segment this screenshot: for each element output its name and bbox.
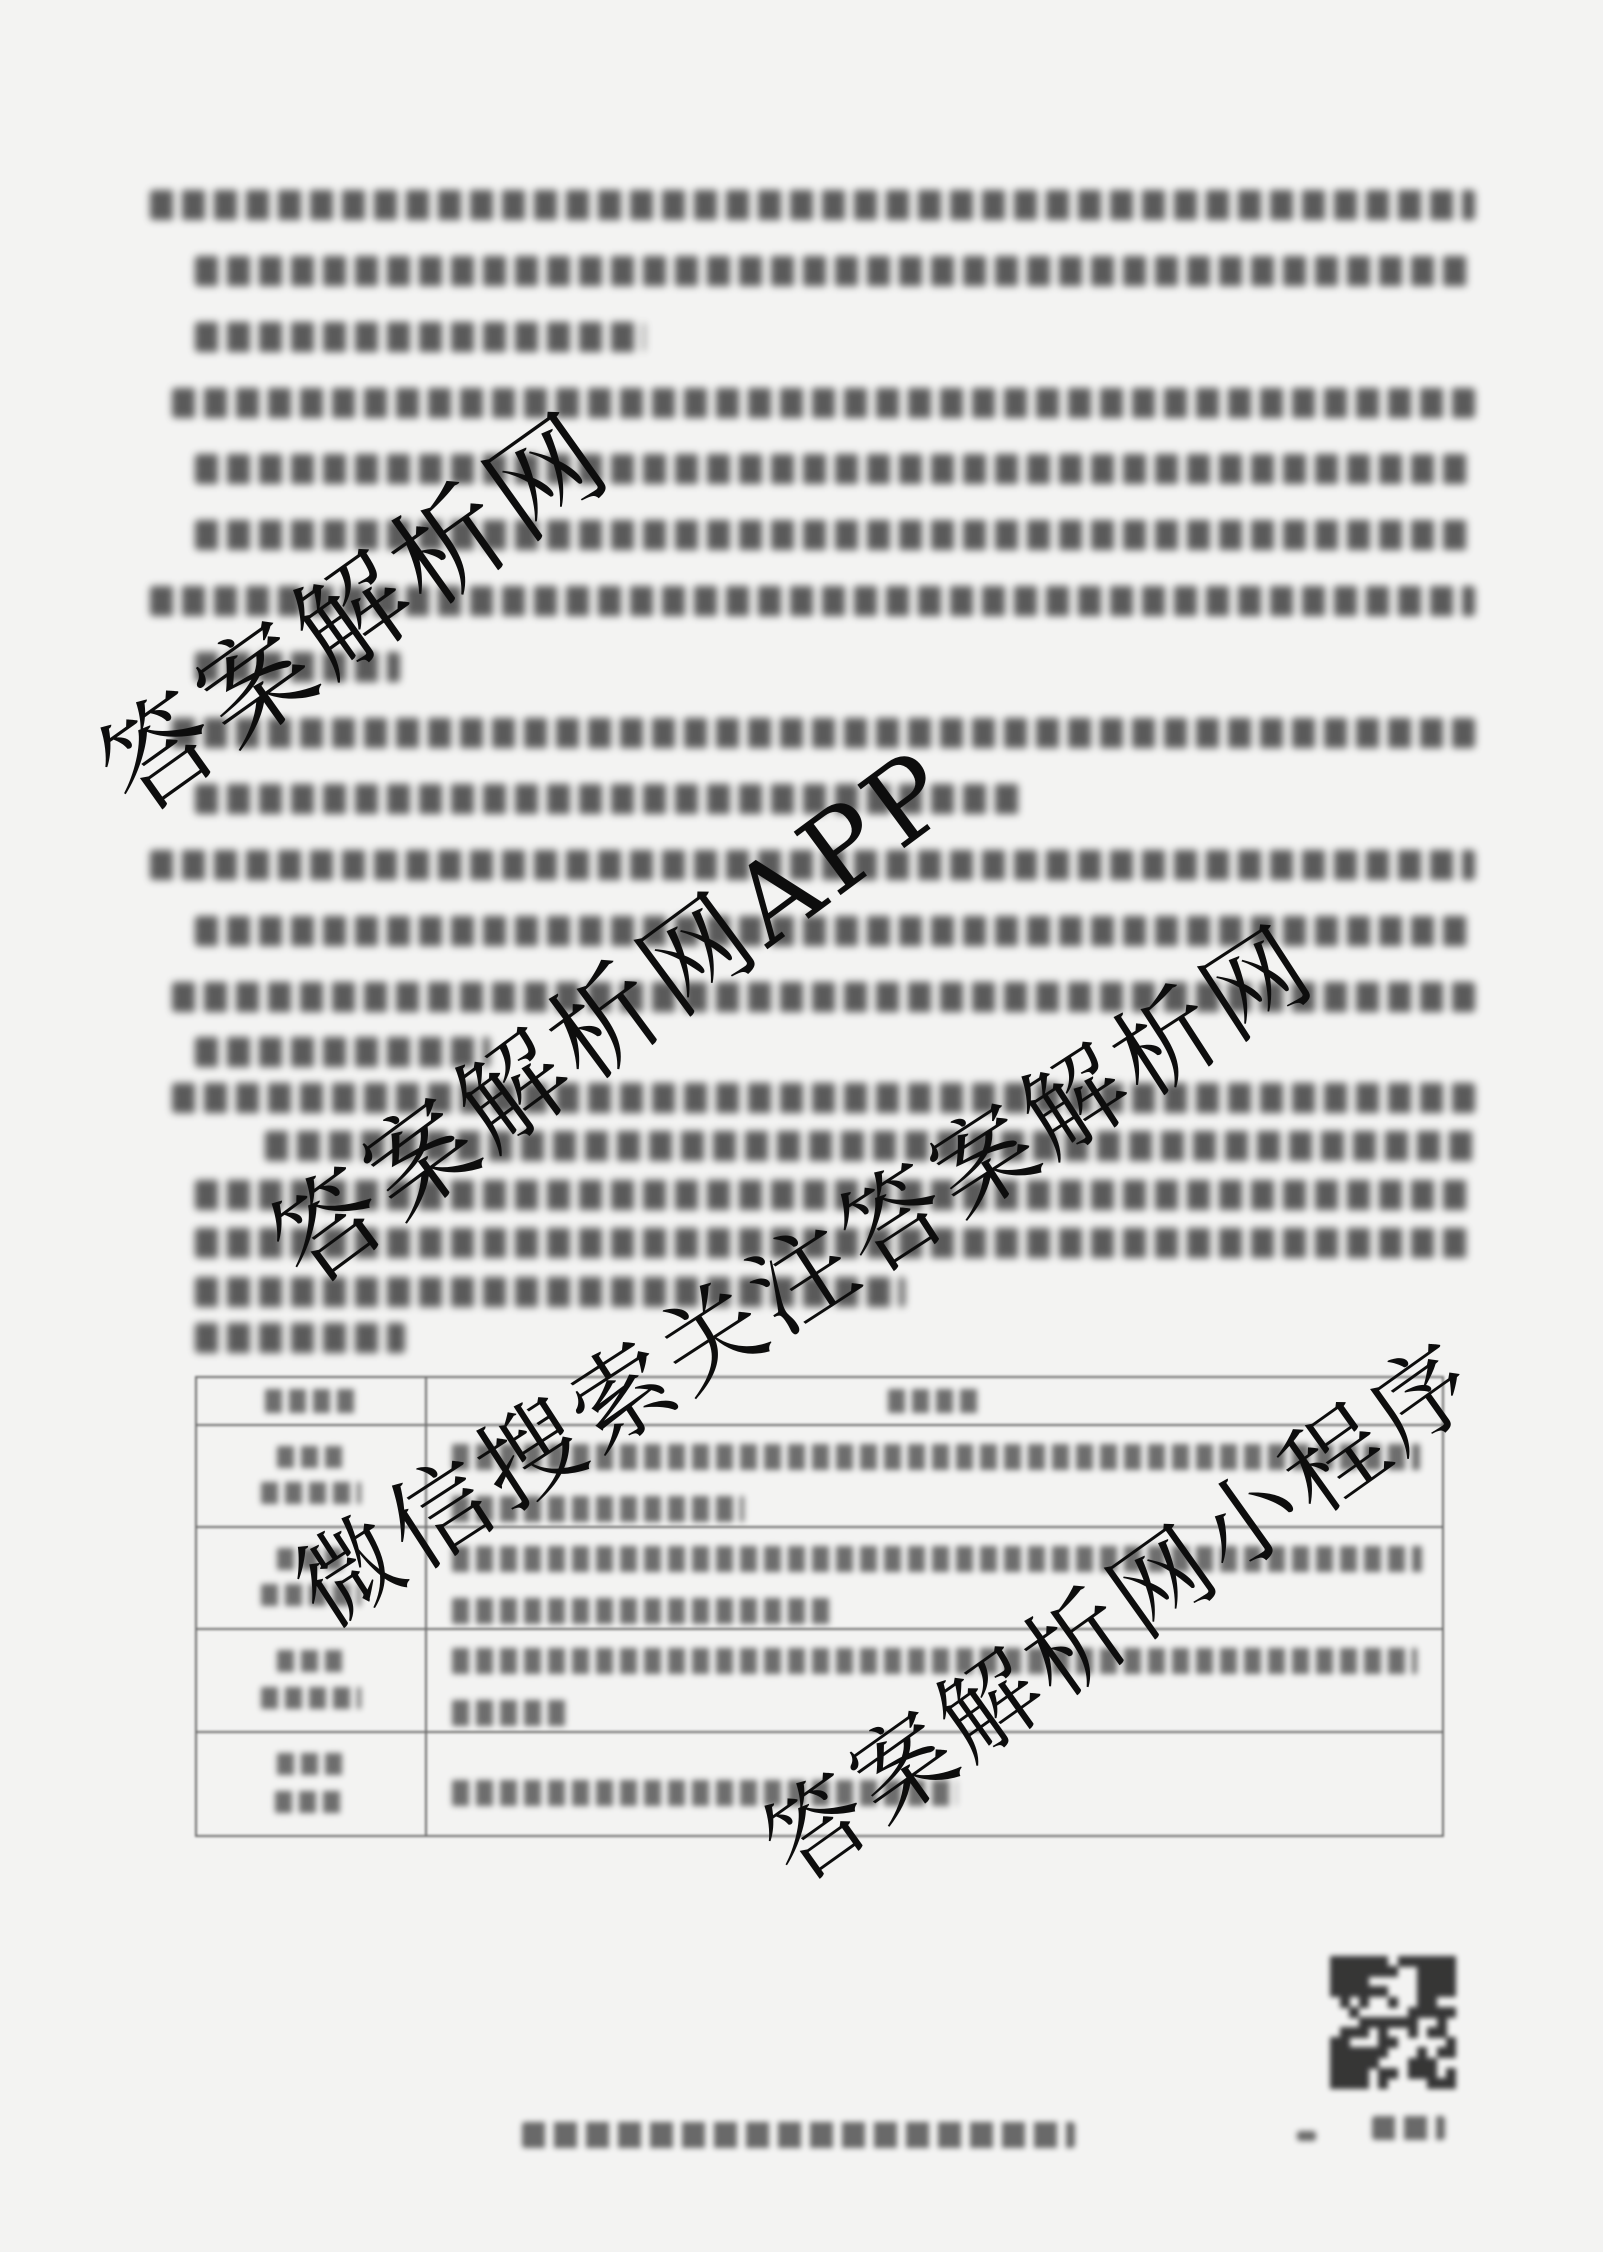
qr-module	[1359, 1997, 1369, 2008]
qr-module	[1446, 2078, 1456, 2089]
qr-module	[1349, 1986, 1359, 1997]
qr-module	[1349, 2078, 1359, 2089]
qr-module	[1378, 1986, 1388, 1997]
qr-module	[1330, 2078, 1340, 2089]
table-row-divider	[197, 1628, 1442, 1630]
qr-module	[1388, 1997, 1398, 2008]
footer-text-blurred	[1372, 2116, 1445, 2140]
qr-module	[1369, 1966, 1379, 1977]
qr-module	[1378, 2047, 1388, 2058]
qr-module	[1340, 2078, 1350, 2089]
table-cell-text-blurred	[277, 1650, 345, 1672]
table-cell-text-blurred	[275, 1791, 347, 1813]
footer-text-blurred	[522, 2122, 1075, 2148]
qr-module	[1398, 1956, 1408, 1967]
page-footer	[0, 0, 1603, 2252]
table-column-divider	[425, 1378, 427, 1835]
qr-module	[1369, 2017, 1379, 2028]
qr-module	[1388, 2017, 1398, 2028]
table-cell-text-blurred	[265, 1389, 357, 1413]
document-page: 答案解析网 答案解析网APP 微信搜索关注答案解析网 答案解析网小程序	[0, 0, 1603, 2252]
qr-module	[1408, 2027, 1418, 2038]
qr-module	[1417, 2007, 1427, 2018]
qr-module	[1359, 2078, 1369, 2089]
qr-module	[1427, 2078, 1437, 2089]
qr-module	[1446, 2047, 1456, 2058]
table-desc-text-blurred	[452, 1700, 567, 1726]
table-cell-text-blurred	[888, 1389, 980, 1413]
qr-module	[1437, 2078, 1447, 2089]
qr-module	[1446, 1986, 1456, 1997]
qr-module	[1408, 1956, 1418, 1967]
qr-module	[1437, 2047, 1447, 2058]
qr-module	[1427, 2007, 1437, 2018]
qr-module	[1378, 2078, 1388, 2089]
table-cell-text-blurred	[277, 1446, 345, 1468]
qr-module	[1437, 2027, 1447, 2038]
qr-module	[1388, 2068, 1398, 2079]
qr-module	[1359, 2027, 1369, 2038]
qr-module	[1408, 2068, 1418, 2079]
qr-module	[1437, 1986, 1447, 1997]
table-header-divider	[197, 1424, 1442, 1426]
qr-module	[1388, 2037, 1398, 2048]
table-cell-text-blurred	[261, 1687, 361, 1709]
qr-module	[1446, 2007, 1456, 2018]
table-row-divider	[197, 1731, 1442, 1733]
qr-module	[1378, 1966, 1388, 1977]
qr-module	[1330, 1986, 1340, 1997]
qr-code	[1330, 1956, 1456, 2088]
table-cell-text-blurred	[277, 1753, 345, 1775]
qr-module	[1349, 2007, 1359, 2018]
qr-module	[1417, 2068, 1427, 2079]
qr-module	[1427, 2027, 1437, 2038]
qr-module	[1388, 1966, 1398, 1977]
qr-module	[1340, 1997, 1350, 2008]
qr-module	[1398, 2017, 1408, 2028]
table-desc-text-blurred	[452, 1648, 1417, 1674]
qr-module	[1369, 2058, 1379, 2069]
footer-text-blurred	[1297, 2131, 1316, 2141]
table-cell-text-blurred	[261, 1482, 361, 1504]
table-desc-text-blurred	[452, 1598, 832, 1624]
qr-module	[1369, 1986, 1379, 1997]
qr-module	[1349, 2027, 1359, 2038]
